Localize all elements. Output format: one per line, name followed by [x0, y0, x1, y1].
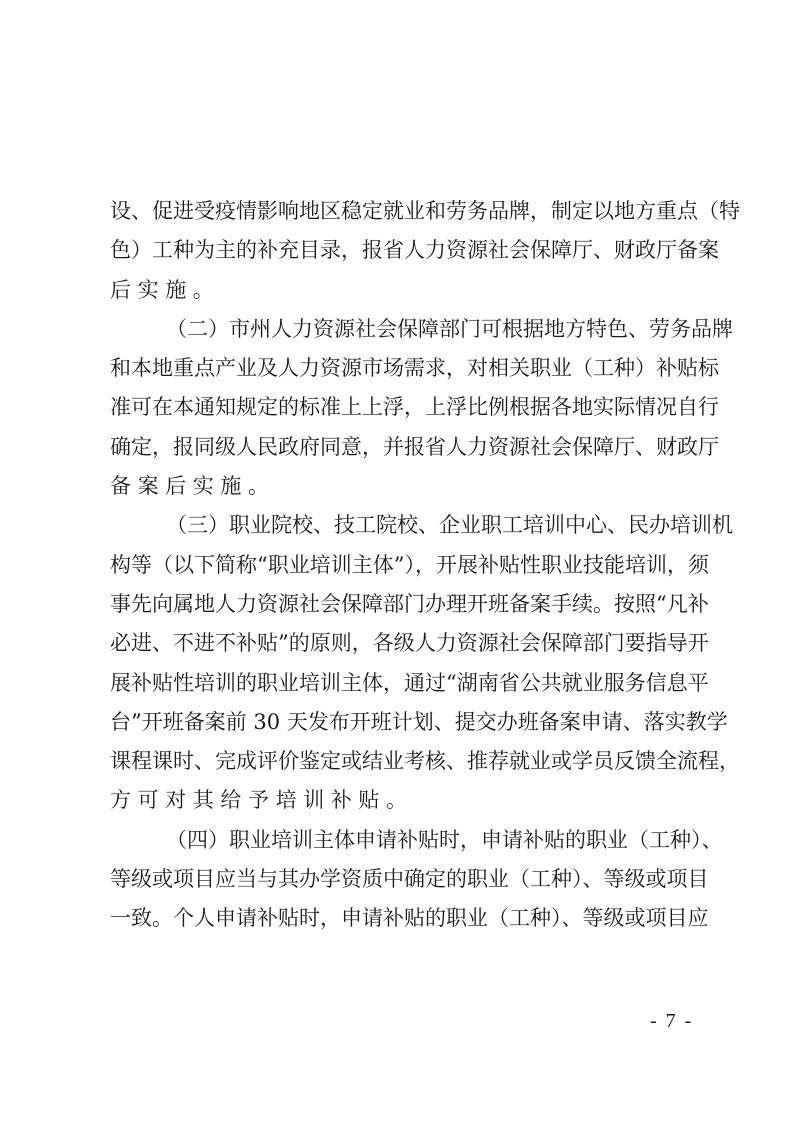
text-line: 设、促进受疫情影响地区稳定就业和劳务品牌，制定以地方重点（特 — [110, 192, 704, 231]
text-line: 构等（以下简称“职业培训主体”），开展补贴性职业技能培训，须 — [110, 546, 704, 585]
document-page: 设、促进受疫情影响地区稳定就业和劳务品牌，制定以地方重点（特 色）工种为主的补充… — [0, 0, 793, 1122]
text-line: 必进、不进不补贴”的原则，各级人力资源社会保障部门要指导开 — [110, 624, 704, 663]
text-line: 展补贴性培训的职业培训主体，通过“湖南省公共就业服务信息平 — [110, 664, 704, 703]
paragraph-2-first-line: （二）市州人力资源社会保障部门可根据地方特色、劳务品牌 — [110, 310, 704, 349]
text-line: 台”开班备案前 30 天发布开班计划、提交办班备案申请、落实教学 — [110, 703, 704, 742]
text-line: 色）工种为主的补充目录，报省人力资源社会保障厅、财政厅备案 — [110, 231, 704, 270]
text-line: 方可对其给予培训补贴。 — [110, 781, 710, 820]
paragraph-4-first-line: （四）职业培训主体申请补贴时，申请补贴的职业（工种）、 — [110, 821, 704, 860]
paragraph-3-first-line: （三）职业院校、技工院校、企业职工培训中心、民办培训机 — [110, 506, 704, 545]
text-line: 备案后实施。 — [110, 467, 710, 506]
text-line: 后实施。 — [110, 271, 710, 310]
text-line: 课程课时、完成评价鉴定或结业考核、推荐就业或学员反馈全流程， — [110, 742, 704, 781]
text-line: 确定，报同级人民政府同意，并报省人力资源社会保障厅、财政厅 — [110, 428, 704, 467]
text-line: 和本地重点产业及人力资源市场需求，对相关职业（工种）补贴标 — [110, 349, 704, 388]
body-text: 设、促进受疫情影响地区稳定就业和劳务品牌，制定以地方重点（特 色）工种为主的补充… — [110, 192, 710, 939]
text-line: 一致。个人申请补贴时，申请补贴的职业（工种）、等级或项目应 — [110, 899, 704, 938]
text-line: 准可在本通知规定的标准上上浮，上浮比例根据各地实际情况自行 — [110, 388, 704, 427]
text-line: 事先向属地人力资源社会保障部门办理开班备案手续。按照“凡补 — [110, 585, 704, 624]
page-number: - 7 - — [650, 1010, 693, 1033]
text-line: 等级或项目应当与其办学资质中确定的职业（工种）、等级或项目 — [110, 860, 704, 899]
